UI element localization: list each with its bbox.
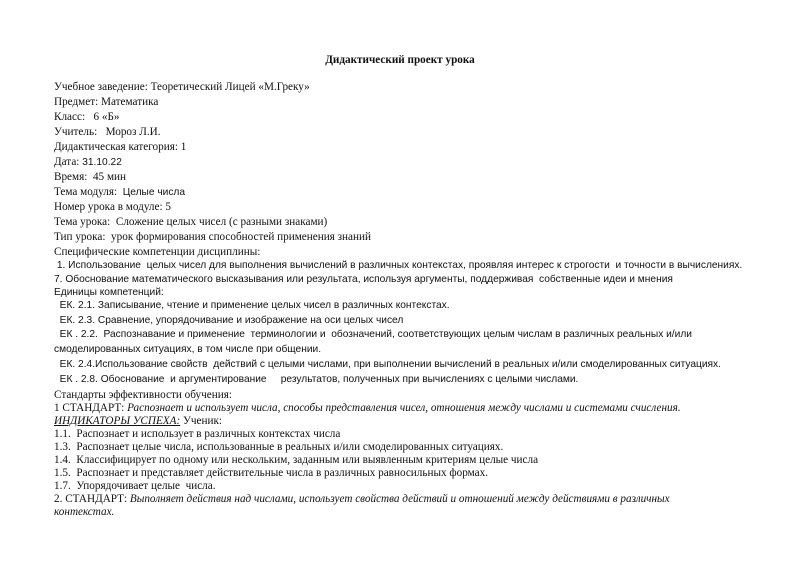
indicator-item: 1.5. Распознает и представляет действите… (54, 466, 488, 480)
field-institution: Учебное заведение: Теоретический Лицей «… (54, 80, 310, 94)
standard-2-continued: контекстах. (54, 505, 114, 519)
competence-unit-item: ЕК. 2.1. Записывание, чтение и применени… (54, 299, 450, 313)
competence-unit-item: ЕК . 2.8. Обоснование и аргументирование… (54, 373, 578, 387)
field-class: Класс: 6 «Б» (54, 110, 119, 124)
competence-units-heading: Единицы компетенций: (54, 286, 164, 300)
field-time: Время: 45 мин (54, 170, 126, 184)
competence-unit-item-continued: смоделированных ситуациях, в том числе п… (54, 343, 321, 357)
field-category: Дидактическая категория: 1 (54, 140, 186, 154)
field-module-topic: Тема модуля: Целые числа (54, 185, 185, 200)
document-page: Дидактический проект урока Учебное завед… (0, 0, 800, 566)
competence-unit-item: ЕК. 2.3. Сравнение, упорядочивание и изо… (54, 314, 403, 328)
standard-2: 2. СТАНДАРТ: Выполняет действия над числ… (54, 492, 670, 506)
field-lesson-number: Номер урока в модуле: 5 (54, 200, 171, 214)
indicator-item: 1.1. Распознает и использует в различных… (54, 427, 340, 441)
indicator-item: 1.4. Классифицирует по одному или нескол… (54, 453, 538, 467)
specific-competences-heading: Специфические компетенции дисциплины: (54, 245, 260, 259)
document-title: Дидактический проект урока (0, 54, 800, 66)
indicator-item: 1.7. Упорядочивает целые числа. (54, 479, 216, 493)
competence-unit-item: ЕК . 2.2. Распознавание и применение тер… (54, 328, 692, 342)
field-date: Дата: 31.10.22 (54, 155, 122, 170)
competence-unit-item: ЕК. 2.4.Использование свойств действий с… (54, 358, 721, 372)
field-subject: Предмет: Математика (54, 95, 158, 109)
indicator-item: 1.3. Распознает целые числа, использован… (54, 440, 503, 454)
field-lesson-topic: Тема урока: Сложение целых чисел (с разн… (54, 215, 327, 229)
field-lesson-type: Тип урока: урок формирования способносте… (54, 230, 371, 244)
standards-heading: Стандарты эффективности обучения: (54, 388, 232, 402)
field-teacher: Учитель: Мороз Л.И. (54, 125, 161, 139)
competence-item: 1. Использование целых чисел для выполне… (54, 259, 742, 273)
indicators-heading: ИНДИКАТОРЫ УСПЕХА: Ученик: (54, 414, 222, 428)
competence-item: 7. Обоснование математического высказыва… (54, 273, 673, 287)
standard-1: 1 СТАНДАРТ: Распознает и использует числ… (54, 401, 681, 415)
